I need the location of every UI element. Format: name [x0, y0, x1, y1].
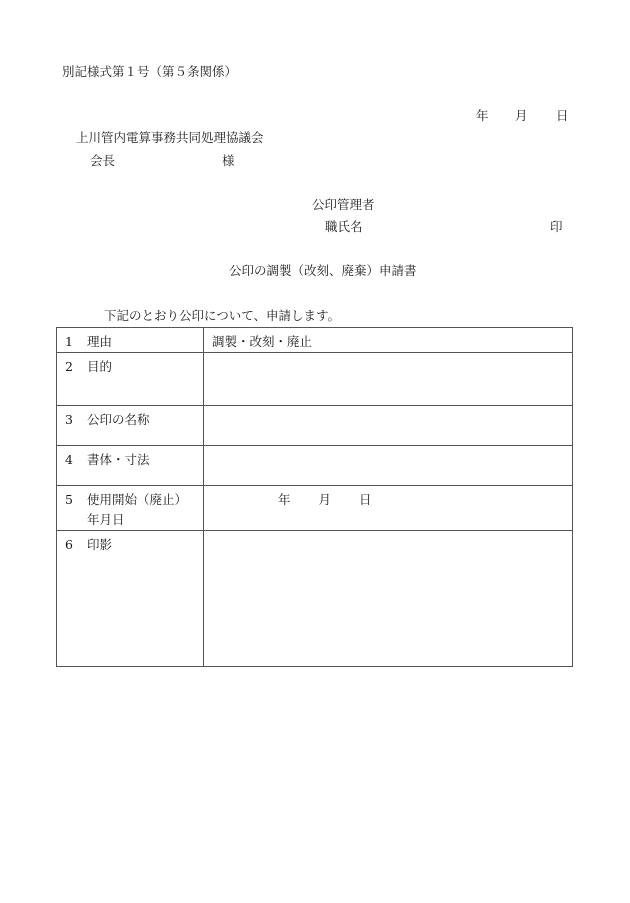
row-label: 4書体・寸法 [57, 446, 204, 486]
table-row-seal-name: 3公印の名称 [57, 406, 573, 446]
row-label-text: 使用開始（廃止） [87, 492, 187, 507]
seal-name-field[interactable] [204, 406, 573, 446]
row-number: 6 [65, 535, 87, 555]
row-label: 2目的 [57, 353, 204, 406]
row-label-text: 目的 [87, 359, 112, 374]
start-date-day: 日 [359, 490, 372, 510]
start-date-year: 年 [278, 490, 291, 510]
row-label: 3公印の名称 [57, 406, 204, 446]
seal-impression-area[interactable] [204, 531, 573, 667]
application-table: 1理由 調製・改刻・廃止 2目的 3公印の名称 4書体・寸法 5使用開始（廃止）… [56, 327, 573, 667]
row-label-text: 印影 [87, 537, 112, 552]
table-row-purpose: 2目的 [57, 353, 573, 406]
typeface-size-field[interactable] [204, 446, 573, 486]
table-row-seal-impression: 6印影 [57, 531, 573, 667]
table-row-reason: 1理由 調製・改刻・廃止 [57, 328, 573, 353]
row-label-subtext: 年月日 [65, 510, 197, 530]
row-label: 1理由 [57, 328, 204, 353]
addressee-honorific: 様 [222, 155, 235, 168]
row-label: 5使用開始（廃止）年月日 [57, 486, 204, 531]
row-label-text: 公印の名称 [87, 412, 150, 427]
row-label-text: 理由 [87, 334, 112, 349]
applicant-name-label: 職氏名 [325, 221, 363, 234]
row-number: 5 [65, 490, 87, 510]
table-row-typeface-size: 4書体・寸法 [57, 446, 573, 486]
reason-value[interactable]: 調製・改刻・廃止 [204, 328, 573, 353]
purpose-field[interactable] [204, 353, 573, 406]
addressee-title: 会長 [90, 155, 115, 168]
start-date-field[interactable]: 年 月 日 [204, 486, 573, 531]
row-number: 4 [65, 450, 87, 470]
row-label-text: 書体・寸法 [87, 452, 150, 467]
date-year: 年 [476, 110, 489, 123]
date-day: 日 [556, 110, 569, 123]
table-row-start-date: 5使用開始（廃止）年月日 年 月 日 [57, 486, 573, 531]
start-date-month: 月 [319, 490, 332, 510]
applicant-role: 公印管理者 [312, 199, 375, 212]
row-number: 3 [65, 410, 87, 430]
document-title: 公印の調製（改刻、廃棄）申請書 [229, 265, 417, 278]
date-month: 月 [515, 110, 528, 123]
row-number: 1 [65, 332, 87, 352]
intro-text: 下記のとおり公印について、申請します。 [104, 310, 340, 323]
form-reference: 別記様式第１号（第５条関係） [62, 66, 237, 79]
row-number: 2 [65, 357, 87, 377]
seal-mark: 印 [550, 221, 563, 234]
row-label: 6印影 [57, 531, 204, 667]
addressee-organization: 上川管内電算事務共同処理協議会 [76, 132, 264, 145]
